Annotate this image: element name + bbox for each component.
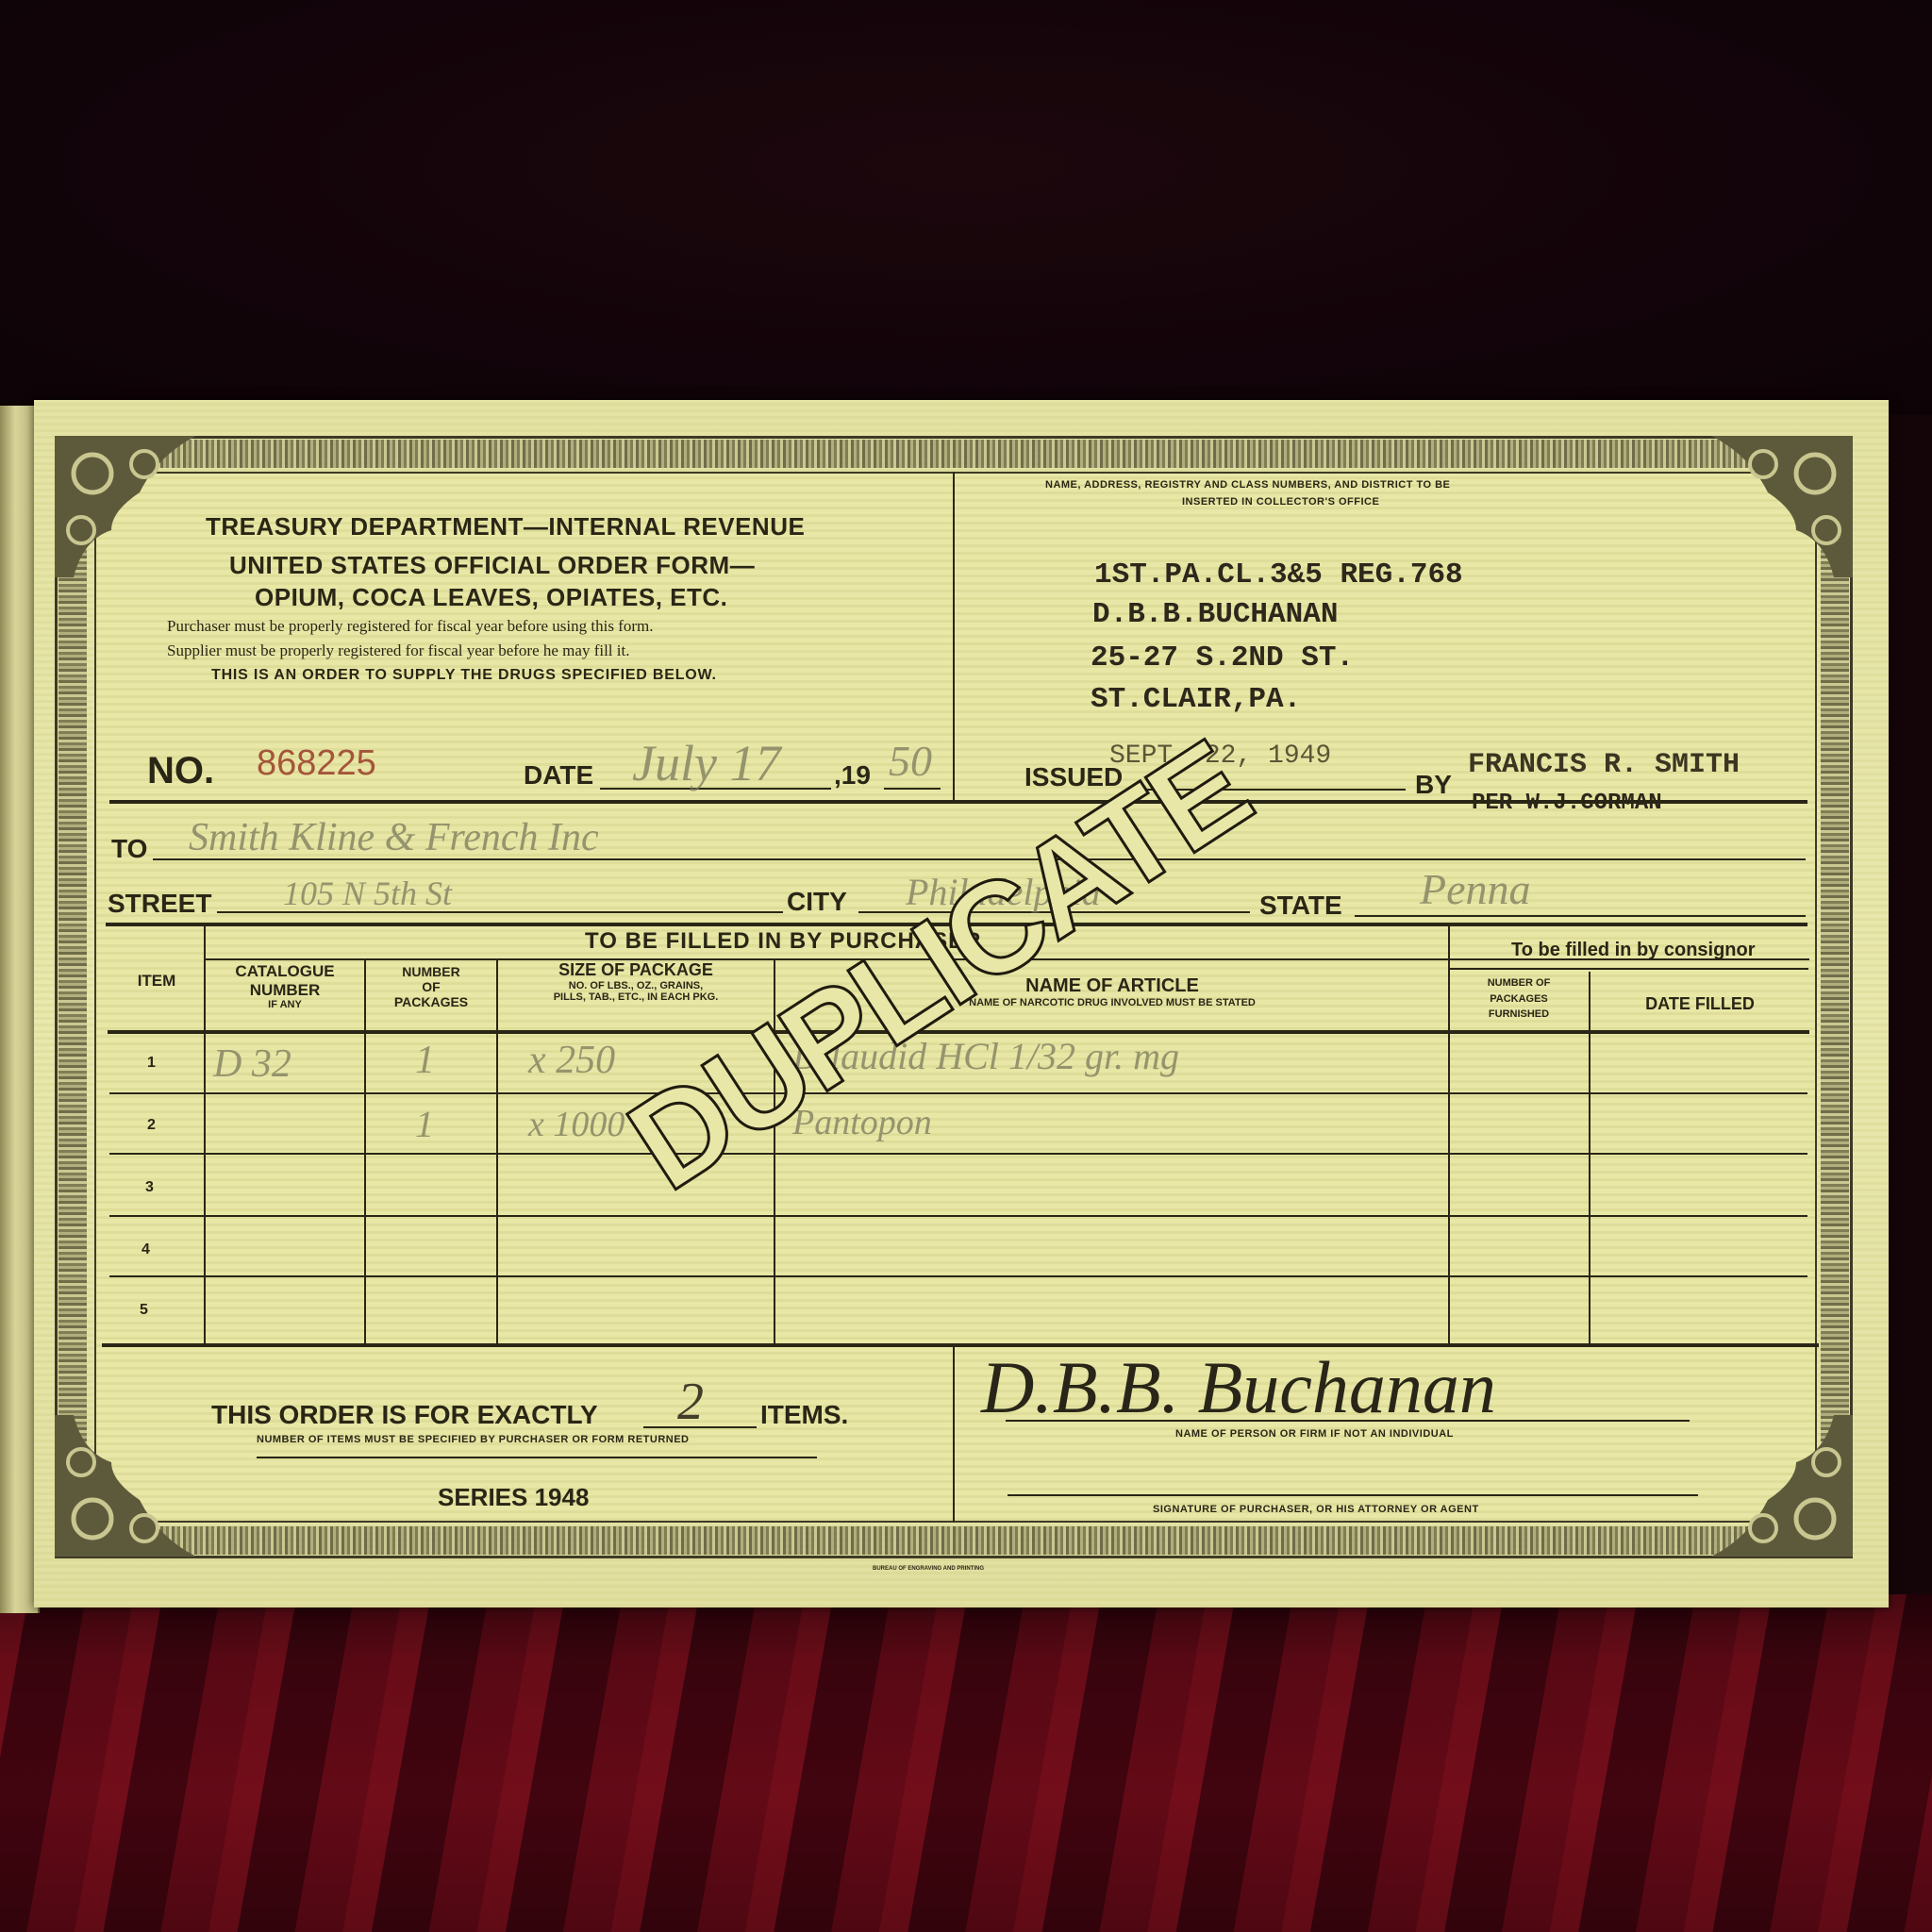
col-header-size: SIZE OF PACKAGE NO. OF LBS., OZ., GRAINS… bbox=[500, 960, 772, 1004]
row-rule-4 bbox=[109, 1275, 1807, 1277]
row-1-catalogue[interactable]: D 32 bbox=[213, 1041, 291, 1087]
header-divider bbox=[953, 472, 955, 724]
street-value[interactable]: 105 N 5th St bbox=[283, 874, 452, 913]
rule-consignor-header bbox=[1448, 968, 1808, 970]
col-header-catalogue-l1: CATALOGUE bbox=[209, 962, 360, 981]
col-header-packages-l1: NUMBER bbox=[368, 964, 494, 979]
col-line-furnished bbox=[1589, 972, 1591, 1345]
signature-field-line bbox=[1008, 1494, 1698, 1496]
corner-ornament-bottom-left-icon bbox=[55, 1415, 196, 1557]
date-value[interactable]: July 17 bbox=[632, 734, 780, 792]
footer-divider bbox=[953, 1347, 955, 1523]
registrant-line-2: D.B.B.BUCHANAN bbox=[1092, 598, 1338, 631]
col-header-catalogue: CATALOGUE NUMBER IF ANY bbox=[209, 962, 360, 1011]
name-field-line bbox=[1006, 1420, 1690, 1422]
rule-table-bottom bbox=[102, 1343, 1819, 1347]
guilloche-border-bottom bbox=[58, 1526, 1849, 1555]
exactly-label: THIS ORDER IS FOR EXACTLY bbox=[211, 1400, 598, 1430]
row-1-size[interactable]: x 250 bbox=[528, 1038, 615, 1083]
corner-ornament-top-right-icon bbox=[1711, 436, 1853, 577]
exactly-value[interactable]: 2 bbox=[677, 1372, 704, 1432]
header-line-1: TREASURY DEPARTMENT—INTERNAL REVENUE bbox=[206, 512, 805, 541]
red-velvet-surface bbox=[0, 1594, 1932, 1932]
order-serial-number: 868225 bbox=[257, 743, 376, 784]
row-1-item: 1 bbox=[147, 1055, 156, 1072]
state-field-line bbox=[1355, 915, 1806, 917]
guilloche-border-right bbox=[1821, 440, 1849, 1555]
series-label: SERIES 1948 bbox=[438, 1483, 589, 1512]
registrant-line-1: 1ST.PA.CL.3&5 REG.768 bbox=[1094, 558, 1463, 591]
col-header-packages: NUMBER OF PACKAGES bbox=[368, 964, 494, 1009]
header-note-purchaser: Purchaser must be properly registered fo… bbox=[167, 617, 654, 636]
issued-divider bbox=[953, 724, 955, 802]
col-header-catalogue-sub: IF ANY bbox=[209, 999, 360, 1011]
year-value[interactable]: 50 bbox=[889, 736, 932, 786]
col-line-catalogue bbox=[364, 958, 366, 1345]
state-value[interactable]: Penna bbox=[1420, 864, 1531, 914]
row-rule-2 bbox=[109, 1153, 1807, 1155]
row-2-packages[interactable]: 1 bbox=[415, 1102, 434, 1146]
registrant-line-4: ST.CLAIR,PA. bbox=[1091, 683, 1301, 716]
registrant-line-3: 25-27 S.2ND ST. bbox=[1091, 641, 1354, 675]
col-header-packages-l2: OF bbox=[368, 979, 494, 994]
dark-backdrop bbox=[0, 0, 1932, 415]
col-line-packages bbox=[496, 958, 498, 1345]
col-header-packages-l3: PACKAGES bbox=[368, 994, 494, 1009]
row-2-size[interactable]: x 1000 bbox=[528, 1104, 625, 1145]
registrant-caption-1: NAME, ADDRESS, REGISTRY AND CLASS NUMBER… bbox=[1045, 479, 1450, 491]
col-header-furnished-l2: PACKAGES bbox=[1450, 991, 1588, 1008]
street-label: STREET bbox=[108, 889, 211, 919]
to-value[interactable]: Smith Kline & French Inc bbox=[189, 815, 599, 860]
col-header-date-filled: DATE FILLED bbox=[1591, 994, 1809, 1014]
signature-caption: SIGNATURE OF PURCHASER, OR HIS ATTORNEY … bbox=[1153, 1504, 1479, 1515]
row-4-item: 4 bbox=[142, 1241, 150, 1258]
items-label: ITEMS. bbox=[760, 1400, 848, 1430]
row-3-item: 3 bbox=[145, 1179, 154, 1196]
issued-by-value: FRANCIS R. SMITH bbox=[1468, 749, 1740, 781]
col-header-size-sub2: PILLS, TAB., ETC., IN EACH PKG. bbox=[500, 991, 772, 1004]
col-header-catalogue-l2: NUMBER bbox=[209, 981, 360, 1000]
name-caption: NAME OF PERSON OR FIRM IF NOT AN INDIVID… bbox=[1175, 1428, 1454, 1440]
header-line-3: OPIUM, COCA LEAVES, OPIATES, ETC. bbox=[255, 583, 727, 612]
guilloche-border-left bbox=[58, 440, 87, 1555]
exactly-rule bbox=[257, 1457, 817, 1458]
to-label: TO bbox=[111, 834, 147, 864]
guilloche-border-top bbox=[58, 440, 1849, 468]
state-label: STATE bbox=[1259, 891, 1342, 921]
row-rule-3 bbox=[109, 1215, 1807, 1217]
date-label: DATE bbox=[524, 760, 593, 791]
year-field-line bbox=[884, 788, 941, 790]
row-2-item: 2 bbox=[147, 1117, 156, 1134]
year-prefix: ,19 bbox=[834, 760, 871, 791]
header-line-2: UNITED STATES OFFICIAL ORDER FORM— bbox=[229, 551, 755, 580]
printer-imprint: BUREAU OF ENGRAVING AND PRINTING bbox=[873, 1566, 984, 1572]
row-5-item: 5 bbox=[140, 1302, 148, 1319]
corner-ornament-top-left-icon bbox=[55, 436, 196, 577]
rule-under-order bbox=[109, 800, 1807, 804]
header-note-order: THIS IS AN ORDER TO SUPPLY THE DRUGS SPE… bbox=[211, 667, 717, 684]
exactly-note: NUMBER OF ITEMS MUST BE SPECIFIED BY PUR… bbox=[257, 1434, 690, 1445]
purchaser-signature[interactable]: D.B.B. Buchanan bbox=[981, 1345, 1496, 1430]
header-note-supplier: Supplier must be properly registered for… bbox=[167, 641, 629, 660]
row-rule-1 bbox=[109, 1092, 1807, 1094]
city-label: CITY bbox=[787, 887, 847, 917]
col-line-item bbox=[204, 924, 206, 1345]
corner-ornament-bottom-right-icon bbox=[1711, 1415, 1853, 1557]
row-1-packages[interactable]: 1 bbox=[415, 1038, 435, 1083]
registrant-caption-2: INSERTED IN COLLECTOR'S OFFICE bbox=[1182, 496, 1379, 508]
col-header-size-l1: SIZE OF PACKAGE bbox=[500, 960, 772, 980]
col-header-size-sub1: NO. OF LBS., OZ., GRAINS, bbox=[500, 980, 772, 992]
order-no-label: NO. bbox=[147, 750, 214, 792]
col-header-item: ITEM bbox=[111, 972, 202, 991]
col-header-furnished: NUMBER OF PACKAGES FURNISHED bbox=[1450, 975, 1588, 1023]
by-label: BY bbox=[1415, 770, 1452, 800]
col-header-furnished-l3: FURNISHED bbox=[1450, 1007, 1588, 1023]
col-header-furnished-l1: NUMBER OF bbox=[1450, 975, 1588, 991]
